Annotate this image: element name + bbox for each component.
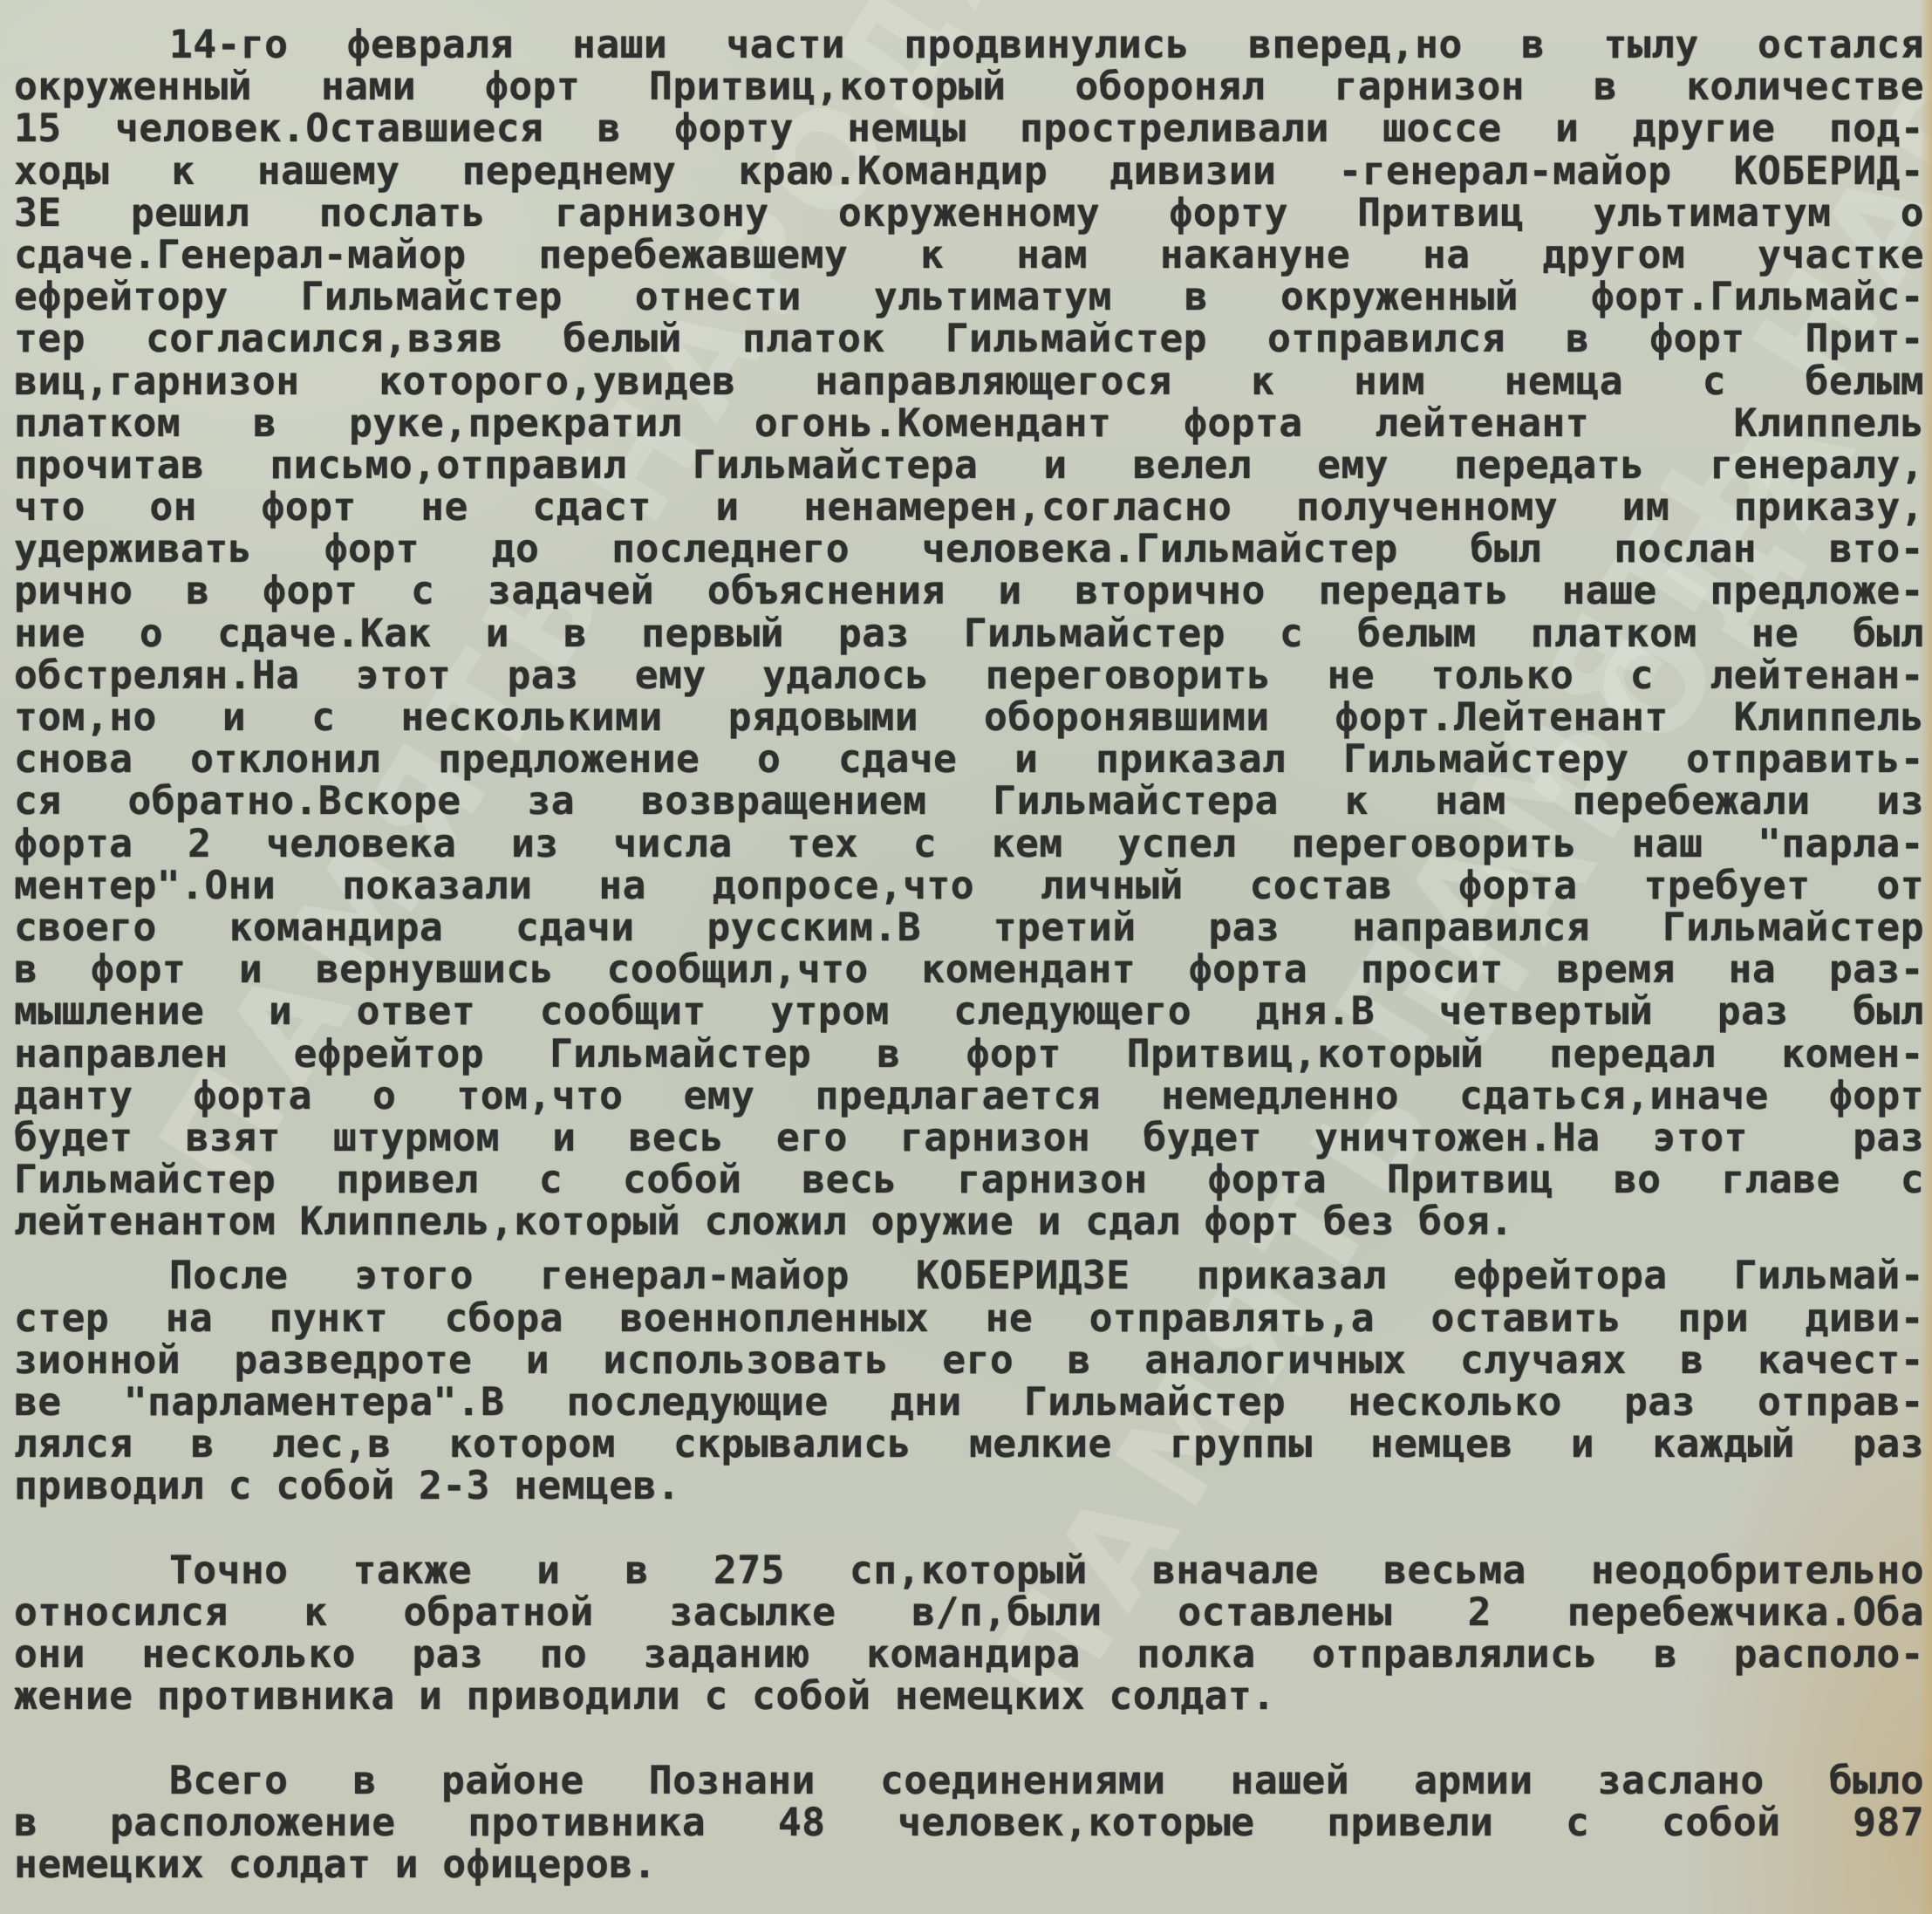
text-line: 14-го февраля наши части продвинулись вп… [14, 24, 1924, 66]
paragraph: После этого генерал-майор КОБЕРИДЗЕ прик… [14, 1255, 1924, 1507]
text-line: снова отклонил предложение о сдаче и при… [14, 739, 1924, 781]
text-line: ве "парламентера".В последующие дни Гиль… [14, 1382, 1924, 1424]
text-line: ментер".Они показали на допросе,что личн… [14, 865, 1924, 907]
text-line: зионной разведроте и использовать его в … [14, 1340, 1924, 1382]
text-line: удерживать форт до последнего человека.Г… [14, 529, 1924, 571]
text-line: ходы к нашему переднему краю.Командир ди… [14, 151, 1924, 193]
text-line: тер согласился,взяв белый платок Гильмай… [14, 318, 1924, 360]
text-line: сдаче.Генерал-майор перебежавшему к нам … [14, 235, 1924, 277]
text-line: платком в руке,прекратил огонь.Комендант… [14, 403, 1924, 445]
text-line: прочитав письмо,отправил Гильмайстера и … [14, 445, 1924, 487]
text-line: обстрелян.На этот раз ему удалось перего… [14, 655, 1924, 697]
text-line: ся обратно.Вскоре за возвращением Гильма… [14, 781, 1924, 823]
text-line: Точно также и в 275 сп,который вначале в… [14, 1550, 1924, 1592]
text-line: они несколько раз по заданию командира п… [14, 1634, 1924, 1676]
text-line: Всего в районе Познани соединениями наше… [14, 1760, 1924, 1802]
text-line: стер на пункт сбора военнопленных не отп… [14, 1298, 1924, 1340]
text-line: лейтенантом Клиппель,который сложил оруж… [14, 1201, 1924, 1243]
text-line: 15 человек.Оставшиеся в форту немцы прос… [14, 108, 1924, 150]
text-line: мышление и ответ сообщит утром следующег… [14, 991, 1924, 1033]
text-line: рично в форт с задачей объяснения и втор… [14, 571, 1924, 612]
text-line: жение противника и приводили с собой нем… [14, 1676, 1924, 1718]
text-line: будет взят штурмом и весь его гарнизон б… [14, 1118, 1924, 1159]
text-line: направлен ефрейтор Гильмайстер в форт Пр… [14, 1034, 1924, 1076]
text-line: ЗЕ решил послать гарнизону окруженному ф… [14, 193, 1924, 235]
paragraph: Точно также и в 275 сп,который вначале в… [14, 1550, 1924, 1719]
text-line: в форт и вернувшись сообщил,что комендан… [14, 949, 1924, 991]
text-line: После этого генерал-майор КОБЕРИДЗЕ прик… [14, 1255, 1924, 1297]
scanned-document-page: ПАМЯТЬ НАРОДА ПАМЯТЬ НАРОДА ПАМЯТЬ НАРОД… [0, 0, 1932, 1914]
paragraph-gap [14, 1508, 1924, 1550]
text-line: ние о сдаче.Как и в первый раз Гильмайст… [14, 613, 1924, 655]
text-line: немецких солдат и офицеров. [14, 1844, 1924, 1886]
paragraph: 14-го февраля наши части продвинулись вп… [14, 24, 1924, 1243]
text-line: окруженный нами форт Притвиц,который обо… [14, 66, 1924, 108]
text-line: данту форта о том,что ему предлагается н… [14, 1076, 1924, 1118]
typewritten-text-body: 14-го февраля наши части продвинулись вп… [14, 24, 1924, 1886]
text-line: Гильмайстер привел с собой весь гарнизон… [14, 1159, 1924, 1201]
text-line: в расположение противника 48 человек,кот… [14, 1802, 1924, 1844]
text-line: форта 2 человека из числа тех с кем успе… [14, 824, 1924, 865]
text-line: лялся в лес,в котором скрывались мелкие … [14, 1424, 1924, 1466]
paragraph-gap [14, 1719, 1924, 1760]
text-line: том,но и с несколькими рядовыми обороняв… [14, 697, 1924, 739]
text-line: виц,гарнизон которого,увидев направляюще… [14, 361, 1924, 403]
paragraph: Всего в районе Познани соединениями наше… [14, 1760, 1924, 1887]
text-line: приводил с собой 2-3 немцев. [14, 1466, 1924, 1507]
text-line: относился к обратной засылке в/п,были ос… [14, 1592, 1924, 1634]
text-line: что он форт не сдаст и ненамерен,согласн… [14, 487, 1924, 529]
text-line: своего командира сдачи русским.В третий … [14, 907, 1924, 949]
text-line: ефрейтору Гильмайстер отнести ультиматум… [14, 277, 1924, 318]
